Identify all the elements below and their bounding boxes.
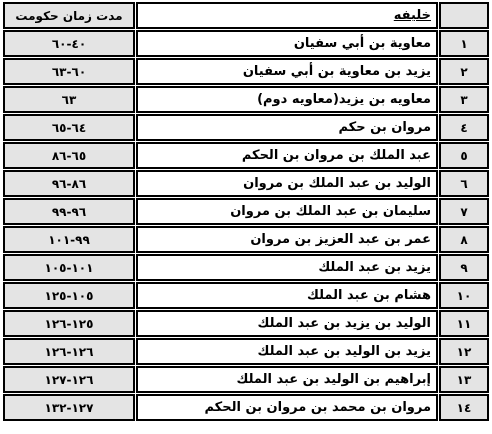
row-number-cell: ٤: [439, 114, 489, 141]
duration-cell: ١٠٥-١٠١: [3, 254, 135, 281]
header-duration-cell: مدت زمان حکومت: [3, 2, 135, 29]
caliph-name-cell: عبد الملك بن مروان بن الحكم: [136, 142, 438, 169]
row-number-cell: ٢: [439, 58, 489, 85]
table-row: ٤ مروان بن حكم ٦٥-٦٤: [3, 114, 489, 141]
row-number-cell: ١: [439, 30, 489, 57]
duration-cell: ٦٣-٦٠: [3, 58, 135, 85]
row-number-cell: ٧: [439, 198, 489, 225]
row-number-cell: ١١: [439, 310, 489, 337]
duration-cell: ١٢٧-١٢٦: [3, 366, 135, 393]
table-row: ٢ يزيد بن معاوية بن أبي سفيان ٦٣-٦٠: [3, 58, 489, 85]
table-row: ٥ عبد الملك بن مروان بن الحكم ٨٦-٦٥: [3, 142, 489, 169]
caliph-name-cell: الوليد بن يزيد بن عبد الملك: [136, 310, 438, 337]
caliph-name-cell: مروان بن محمد بن مروان بن الحكم: [136, 394, 438, 421]
duration-cell: ١٢٦-١٢٦: [3, 338, 135, 365]
row-number-cell: ١٣: [439, 366, 489, 393]
row-number-cell: ١٤: [439, 394, 489, 421]
caliph-name-cell: الوليد بن عبد الملك بن مروان: [136, 170, 438, 197]
table-row: ١٤ مروان بن محمد بن مروان بن الحكم ١٣٢-١…: [3, 394, 489, 421]
caliph-name-cell: عمر بن عبد العزيز بن مروان: [136, 226, 438, 253]
table-row: ٩ يزيد بن عبد الملك ١٠٥-١٠١: [3, 254, 489, 281]
table-row: ١١ الوليد بن يزيد بن عبد الملك ١٢٦-١٢٥: [3, 310, 489, 337]
duration-cell: ١٢٦-١٢٥: [3, 310, 135, 337]
table-row: ١٣ إبراهيم بن الوليد بن عبد الملك ١٢٧-١٢…: [3, 366, 489, 393]
duration-cell: ١٠١-٩٩: [3, 226, 135, 253]
header-number-cell: [439, 2, 489, 29]
duration-cell: ٦٥-٦٤: [3, 114, 135, 141]
caliph-name-cell: هشام بن عبد الملك: [136, 282, 438, 309]
table-row: ٣ معاويه بن يزيد(معاويه دوم) ٦٣: [3, 86, 489, 113]
duration-cell: ٦٣: [3, 86, 135, 113]
row-number-cell: ٩: [439, 254, 489, 281]
table-row: ٨ عمر بن عبد العزيز بن مروان ١٠١-٩٩: [3, 226, 489, 253]
caliph-column-header: خليفه: [394, 8, 431, 23]
row-number-cell: ٨: [439, 226, 489, 253]
duration-cell: ١٢٥-١٠٥: [3, 282, 135, 309]
caliph-name-cell: يزيد بن عبد الملك: [136, 254, 438, 281]
caliph-name-cell: معاوية بن أبي سفيان: [136, 30, 438, 57]
duration-cell: ٨٦-٦٥: [3, 142, 135, 169]
table-row: ١ معاوية بن أبي سفيان ٦٠-٤٠: [3, 30, 489, 57]
caliph-name-cell: سليمان بن عبد الملك بن مروان: [136, 198, 438, 225]
duration-cell: ٩٦-٨٦: [3, 170, 135, 197]
row-number-cell: ١٢: [439, 338, 489, 365]
table-row: ٧ سليمان بن عبد الملك بن مروان ٩٩-٩٦: [3, 198, 489, 225]
caliph-name-cell: إبراهيم بن الوليد بن عبد الملك: [136, 366, 438, 393]
table-header-row: خليفه مدت زمان حکومت: [3, 2, 489, 29]
table-row: ٦ الوليد بن عبد الملك بن مروان ٩٦-٨٦: [3, 170, 489, 197]
header-caliph-cell: خليفه: [136, 2, 438, 29]
row-number-cell: ٦: [439, 170, 489, 197]
duration-column-header: مدت زمان حکومت: [15, 9, 122, 23]
table-row: ١٢ يزيد بن الوليد بن عبد الملك ١٢٦-١٢٦: [3, 338, 489, 365]
table-row: ١٠ هشام بن عبد الملك ١٢٥-١٠٥: [3, 282, 489, 309]
caliph-name-cell: يزيد بن الوليد بن عبد الملك: [136, 338, 438, 365]
caliph-name-cell: معاويه بن يزيد(معاويه دوم): [136, 86, 438, 113]
duration-cell: ١٣٢-١٢٧: [3, 394, 135, 421]
caliph-name-cell: مروان بن حكم: [136, 114, 438, 141]
caliphs-reign-table: خليفه مدت زمان حکومت ١ معاوية بن أبي سفي…: [2, 1, 490, 422]
caliph-name-cell: يزيد بن معاوية بن أبي سفيان: [136, 58, 438, 85]
row-number-cell: ٣: [439, 86, 489, 113]
row-number-cell: ١٠: [439, 282, 489, 309]
duration-cell: ٦٠-٤٠: [3, 30, 135, 57]
duration-cell: ٩٩-٩٦: [3, 198, 135, 225]
row-number-cell: ٥: [439, 142, 489, 169]
